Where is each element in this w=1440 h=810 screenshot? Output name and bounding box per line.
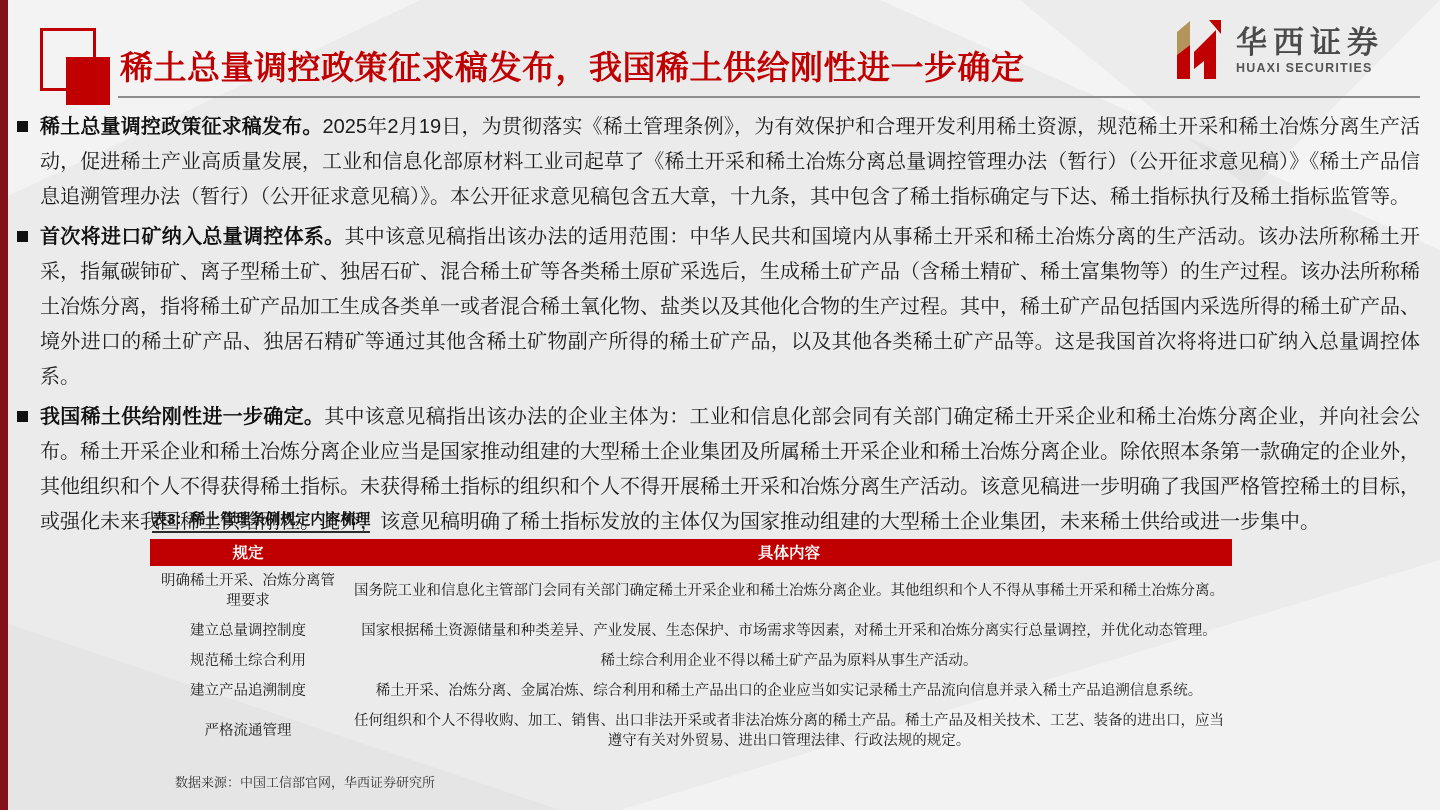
bullet-text: 稀土总量调控政策征求稿发布。2025年2月19日，为贯彻落实《稀土管理条例》，为…	[40, 110, 1420, 215]
logo-name-cn: 华西证券	[1236, 26, 1384, 60]
bullet-square-icon	[17, 411, 28, 422]
huaxi-logo-icon	[1168, 16, 1226, 85]
table-row: 建立总量调控制度 国家根据稀土资源储量和种类差异、产业发展、生态保护、市场需求等…	[150, 616, 1232, 646]
bullet-lead: 我国稀土供给刚性进一步确定。	[40, 406, 324, 428]
table-row: 建立产品追溯制度 稀土开采、冶炼分离、金属冶炼、综合利用和稀土产品出口的企业应当…	[150, 676, 1232, 706]
bullet-lead: 首次将进口矿纳入总量调控体系。	[40, 226, 344, 248]
logo-name-en: HUAXI SECURITIES	[1236, 60, 1384, 76]
table-header-detail: 具体内容	[346, 539, 1232, 566]
regulation-cell: 明确稀土开采、冶炼分离管理要求	[150, 566, 346, 616]
data-source-note: 数据来源：中国工信部官网，华西证券研究所	[175, 772, 435, 791]
table-row: 明确稀土开采、冶炼分离管理要求 国务院工业和信息化主管部门会同有关部门确定稀土开…	[150, 566, 1232, 616]
bullet-body: 其中该意见稿指出该办法的适用范围：中华人民共和国境内从事稀土开采和稀土冶炼分离的…	[40, 226, 1420, 388]
title-decoration-filled-square	[66, 57, 110, 105]
regulation-table-section: 表3：稀土管理条例规定内容梳理 规定 具体内容 明确稀土开采、冶炼分离管理要求 …	[150, 508, 1232, 756]
table-row: 规范稀土综合利用 稀土综合利用企业不得以稀土矿产品为原料从事生产活动。	[150, 646, 1232, 676]
title-divider	[118, 96, 1420, 98]
regulation-cell: 严格流通管理	[150, 706, 346, 756]
table-row: 严格流通管理 任何组织和个人不得收购、加工、销售、出口非法开采或者非法冶炼分离的…	[150, 706, 1232, 756]
table-caption: 表3：稀土管理条例规定内容梳理	[152, 508, 370, 533]
regulation-table: 规定 具体内容 明确稀土开采、冶炼分离管理要求 国务院工业和信息化主管部门会同有…	[150, 539, 1232, 756]
logo-text: 华西证券 HUAXI SECURITIES	[1236, 26, 1384, 76]
detail-cell: 稀土综合利用企业不得以稀土矿产品为原料从事生产活动。	[346, 646, 1232, 676]
bullet-item-policy-draft: 稀土总量调控政策征求稿发布。2025年2月19日，为贯彻落实《稀土管理条例》，为…	[0, 110, 1440, 215]
bullet-item-import-ore: 首次将进口矿纳入总量调控体系。其中该意见稿指出该办法的适用范围：中华人民共和国境…	[0, 220, 1440, 395]
regulation-cell: 规范稀土综合利用	[150, 646, 346, 676]
regulation-cell: 建立产品追溯制度	[150, 676, 346, 706]
detail-cell: 稀土开采、冶炼分离、金属冶炼、综合利用和稀土产品出口的企业应当如实记录稀土产品流…	[346, 676, 1232, 706]
detail-cell: 国家根据稀土资源储量和种类差异、产业发展、生态保护、市场需求等因素，对稀土开采和…	[346, 616, 1232, 646]
bullet-list: 稀土总量调控政策征求稿发布。2025年2月19日，为贯彻落实《稀土管理条例》，为…	[0, 110, 1440, 545]
bullet-text: 首次将进口矿纳入总量调控体系。其中该意见稿指出该办法的适用范围：中华人民共和国境…	[40, 220, 1420, 395]
page-title: 稀土总量调控政策征求稿发布，我国稀土供给刚性进一步确定	[120, 42, 1140, 89]
table-header-row: 规定 具体内容	[150, 539, 1232, 566]
detail-cell: 国务院工业和信息化主管部门会同有关部门确定稀土开采企业和稀土冶炼分离企业。其他组…	[346, 566, 1232, 616]
bullet-square-icon	[17, 121, 28, 132]
table-header-regulation: 规定	[150, 539, 346, 566]
bullet-square-icon	[17, 231, 28, 242]
detail-cell: 任何组织和个人不得收购、加工、销售、出口非法开采或者非法冶炼分离的稀土产品。稀土…	[346, 706, 1232, 756]
regulation-cell: 建立总量调控制度	[150, 616, 346, 646]
bullet-lead: 稀土总量调控政策征求稿发布。	[40, 116, 323, 138]
huaxi-securities-logo: 华西证券 HUAXI SECURITIES	[1168, 16, 1384, 85]
